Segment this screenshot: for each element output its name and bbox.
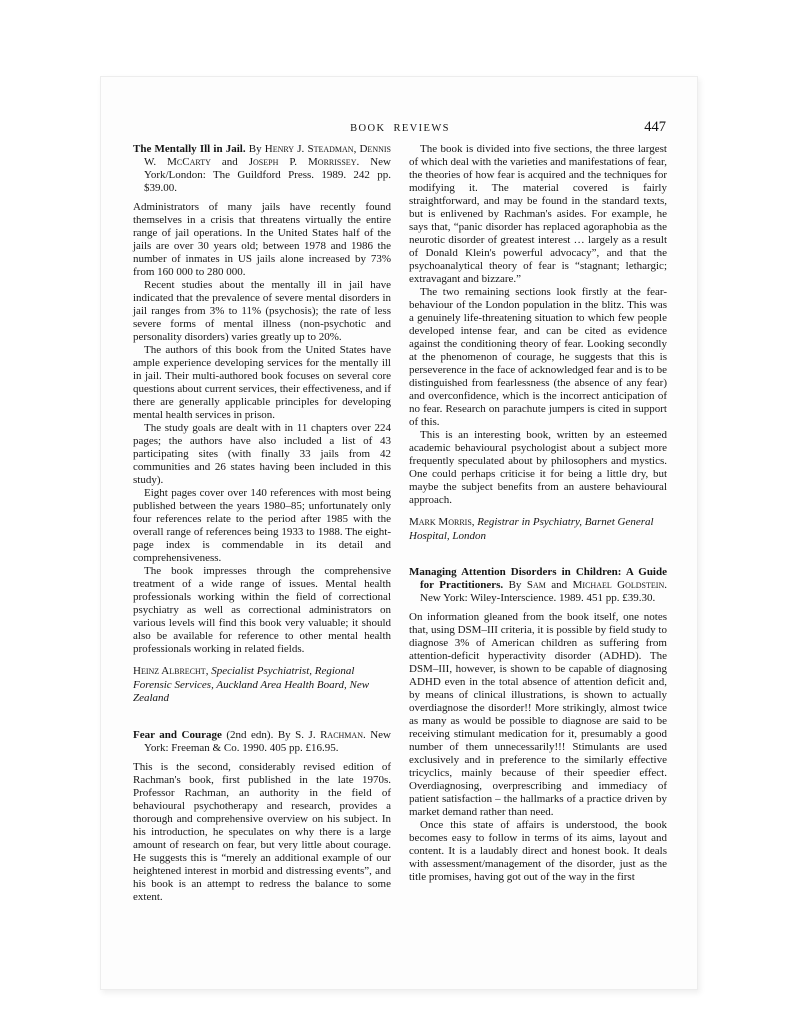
review-paragraph: Once this state of affairs is understood…	[409, 819, 667, 884]
right-column: The book is divided into five sections, …	[409, 143, 667, 884]
review-paragraph: The authors of this book from the United…	[133, 344, 391, 422]
review-paragraph: This is an interesting book, written by …	[409, 429, 667, 507]
review-heading-managing-attention-disorders: Managing Attention Disorders in Children…	[409, 566, 667, 605]
running-head: BOOK REVIEWS	[133, 123, 667, 134]
reviewer-signature-heinz-albrecht: Heinz Albrecht, Specialist Psychiatrist,…	[133, 665, 391, 706]
review-paragraph: The study goals are dealt with in 11 cha…	[133, 422, 391, 487]
left-column: The Mentally Ill in Jail. By Henry J. St…	[133, 143, 391, 904]
review-heading-mentally-ill-in-jail: The Mentally Ill in Jail. By Henry J. St…	[133, 143, 391, 195]
review-paragraph: The two remaining sections look firstly …	[409, 286, 667, 429]
screenshot-canvas: BOOK REVIEWS 447 The Mentally Ill in Jai…	[0, 0, 800, 1036]
review-paragraph: This is the second, considerably revised…	[133, 761, 391, 904]
journal-page: BOOK REVIEWS 447 The Mentally Ill in Jai…	[100, 76, 698, 990]
review-paragraph: Administrators of many jails have recent…	[133, 201, 391, 279]
page-header: BOOK REVIEWS 447	[133, 121, 667, 137]
reviewer-signature-mark-morris: Mark Morris, Registrar in Psychiatry, Ba…	[409, 516, 667, 543]
review-paragraph: The book is divided into five sections, …	[409, 143, 667, 286]
review-paragraph: Recent studies about the mentally ill in…	[133, 279, 391, 344]
review-paragraph: The book impresses through the comprehen…	[133, 565, 391, 656]
review-paragraph: On information gleaned from the book its…	[409, 611, 667, 819]
page-number: 447	[644, 119, 666, 136]
review-paragraph: Eight pages cover over 140 references wi…	[133, 487, 391, 565]
review-heading-fear-and-courage: Fear and Courage (2nd edn). By S. J. Rac…	[133, 729, 391, 755]
